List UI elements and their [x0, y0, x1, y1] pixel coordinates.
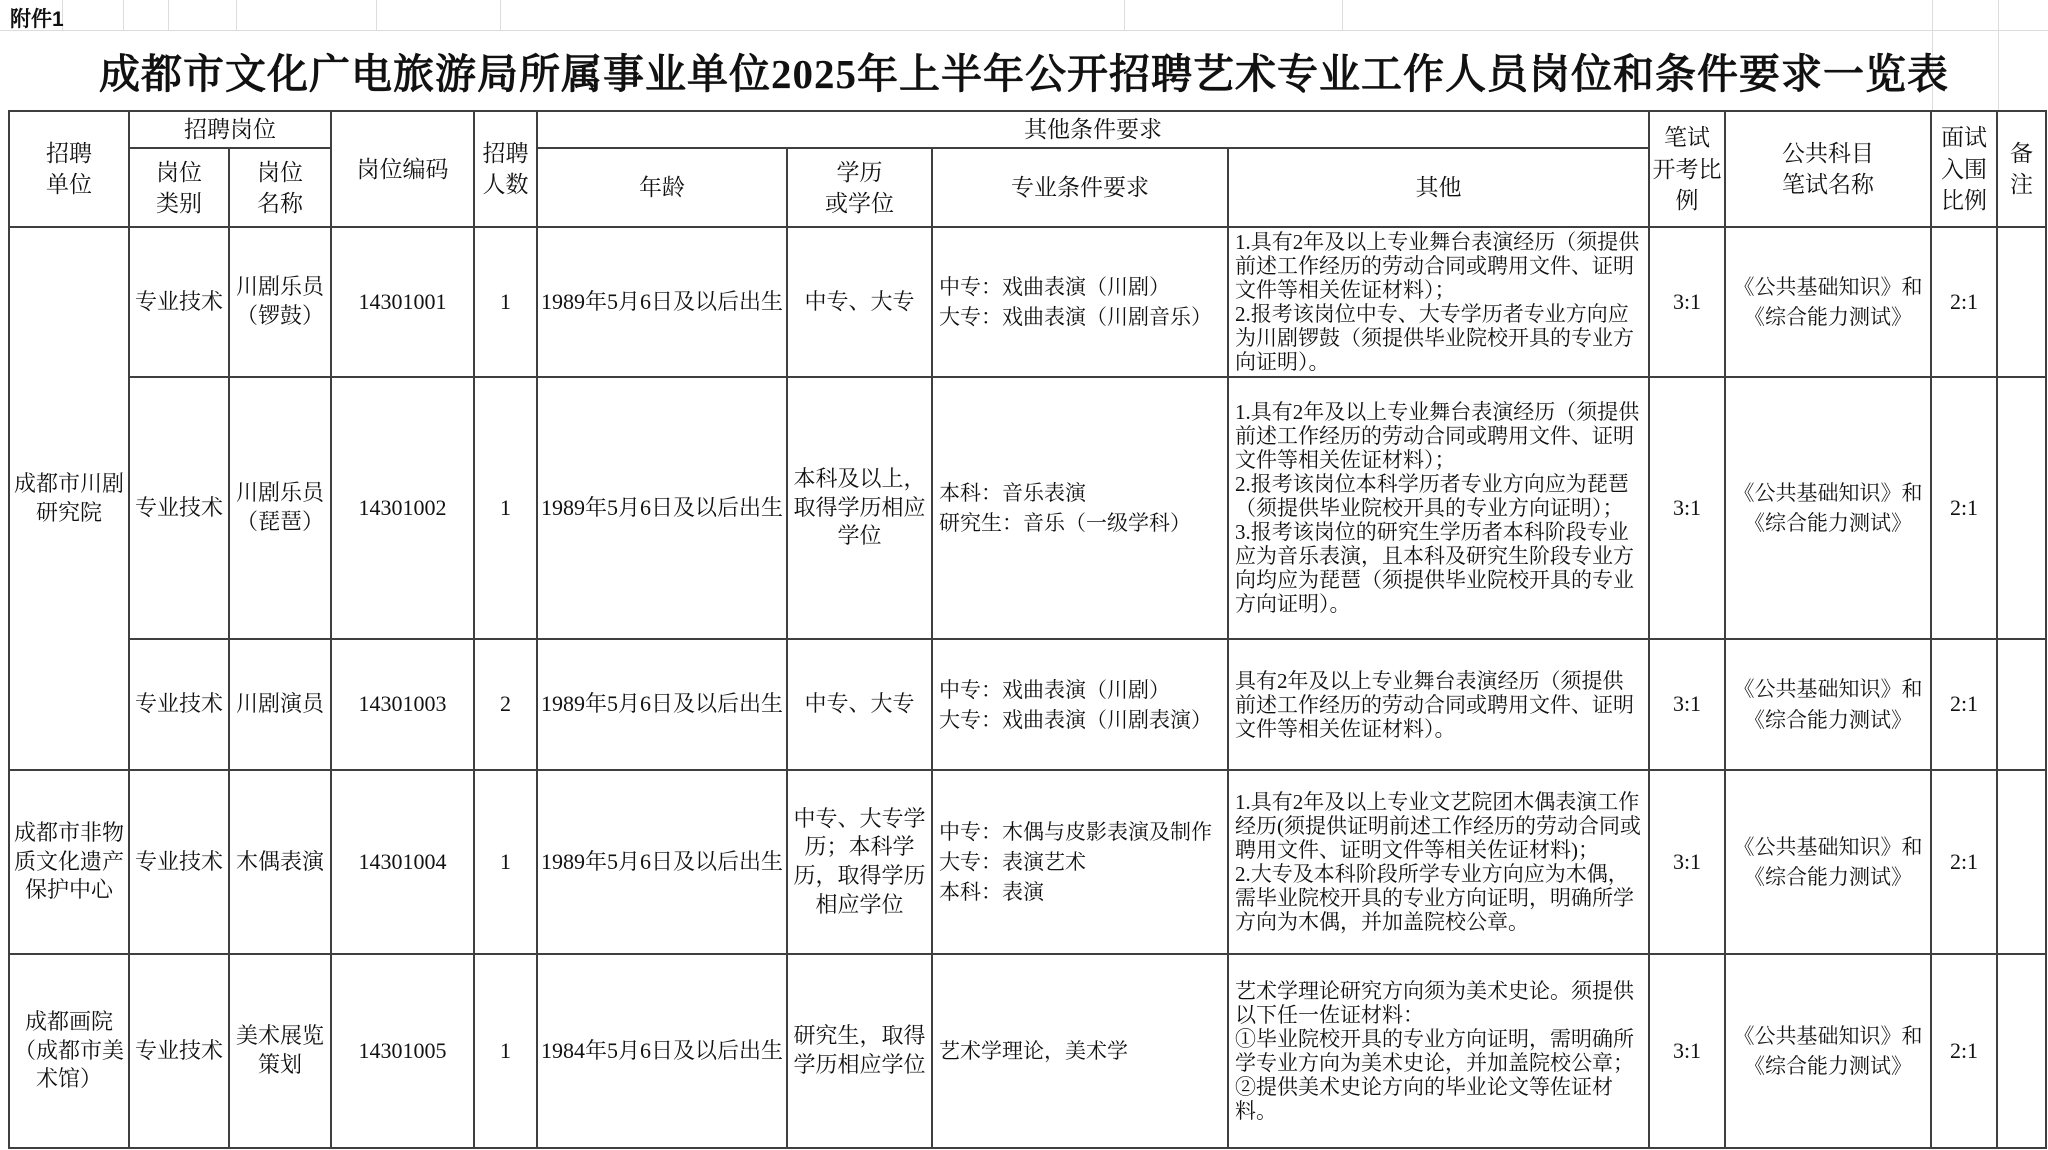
interview-ratio-cell: 2:1: [1931, 377, 1997, 639]
post-name-cell: 川剧乐员 （琵琶）: [229, 377, 331, 639]
remark-cell: [1997, 639, 2046, 770]
age-cell: 1989年5月6日及以后出生: [537, 227, 787, 377]
spreadsheet-gridline: [236, 0, 237, 30]
header-post-code: 岗位编码: [331, 111, 474, 227]
major-requirements-cell: 中专：戏曲表演（川剧） 大专：戏曲表演（川剧音乐）: [932, 227, 1228, 377]
age-cell: 1984年5月6日及以后出生: [537, 954, 787, 1148]
spreadsheet-gridline: [1342, 0, 1343, 30]
post-category-cell: 专业技术: [129, 377, 229, 639]
education-cell: 研究生，取得学历相应学位: [787, 954, 932, 1148]
written-exam-ratio-cell: 3:1: [1649, 954, 1725, 1148]
interview-ratio-cell: 2:1: [1931, 954, 1997, 1148]
recruitment-table: 招聘 单位 招聘岗位 岗位编码 招聘 人数 其他条件要求 笔试 开考比 例 公共…: [8, 110, 2047, 1149]
spreadsheet-gridline: [1124, 0, 1125, 30]
post-category-cell: 专业技术: [129, 770, 229, 954]
education-cell: 中专、大专: [787, 227, 932, 377]
table-row: 专业技术 川剧演员 14301003 2 1989年5月6日及以后出生 中专、大…: [9, 639, 2046, 770]
public-subject-cell: 《公共基础知识》和《综合能力测试》: [1725, 770, 1931, 954]
table-row: 成都市非物 质文化遗产 保护中心 专业技术 木偶表演 14301004 1 19…: [9, 770, 2046, 954]
spreadsheet-gridline: [168, 0, 169, 30]
written-exam-ratio-cell: 3:1: [1649, 377, 1725, 639]
spreadsheet-gridline: [123, 0, 124, 30]
header-post-name: 岗位 名称: [229, 148, 331, 227]
attachment-label: 附件1: [10, 3, 64, 33]
spreadsheet-gridline: [500, 0, 501, 30]
unit-cell: 成都市川剧 研究院: [9, 227, 129, 770]
interview-ratio-cell: 2:1: [1931, 770, 1997, 954]
header-other-requirements-group: 其他条件要求: [537, 111, 1649, 148]
document-page: 附件1 成都市文化广电旅游局所属事业单位2025年上半年公开招聘艺术专业工作人员…: [0, 0, 2048, 1150]
header-interview-ratio: 面试 入围 比例: [1931, 111, 1997, 227]
post-category-cell: 专业技术: [129, 639, 229, 770]
interview-ratio-cell: 2:1: [1931, 227, 1997, 377]
header-public-subject: 公共科目 笔试名称: [1725, 111, 1931, 227]
headcount-cell: 1: [474, 770, 537, 954]
header-major-requirements: 专业条件要求: [932, 148, 1228, 227]
remark-cell: [1997, 770, 2046, 954]
written-exam-ratio-cell: 3:1: [1649, 770, 1725, 954]
spreadsheet-gridline: [376, 0, 377, 30]
post-name-cell: 美术展览 策划: [229, 954, 331, 1148]
remark-cell: [1997, 954, 2046, 1148]
other-requirements-cell: 1.具有2年及以上专业舞台表演经历（须提供前述工作经历的劳动合同或聘用文件、证明…: [1228, 377, 1649, 639]
public-subject-cell: 《公共基础知识》和《综合能力测试》: [1725, 954, 1931, 1148]
header-post-group: 招聘岗位: [129, 111, 331, 148]
header-post-category: 岗位 类别: [129, 148, 229, 227]
written-exam-ratio-cell: 3:1: [1649, 639, 1725, 770]
interview-ratio-cell: 2:1: [1931, 639, 1997, 770]
education-cell: 中专、大专学历；本科学历，取得学历相应学位: [787, 770, 932, 954]
post-name-cell: 木偶表演: [229, 770, 331, 954]
other-requirements-cell: 1.具有2年及以上专业文艺院团木偶表演工作经历(须提供证明前述工作经历的劳动合同…: [1228, 770, 1649, 954]
public-subject-cell: 《公共基础知识》和《综合能力测试》: [1725, 639, 1931, 770]
major-requirements-cell: 中专：戏曲表演（川剧） 大专：戏曲表演（川剧表演）: [932, 639, 1228, 770]
post-category-cell: 专业技术: [129, 227, 229, 377]
public-subject-cell: 《公共基础知识》和《综合能力测试》: [1725, 377, 1931, 639]
remark-cell: [1997, 377, 2046, 639]
table-row: 成都市川剧 研究院 专业技术 川剧乐员 （锣鼓） 14301001 1 1989…: [9, 227, 2046, 377]
headcount-cell: 1: [474, 227, 537, 377]
post-name-cell: 川剧演员: [229, 639, 331, 770]
education-cell: 中专、大专: [787, 639, 932, 770]
age-cell: 1989年5月6日及以后出生: [537, 770, 787, 954]
major-requirements-cell: 本科：音乐表演 研究生：音乐（一级学科）: [932, 377, 1228, 639]
post-category-cell: 专业技术: [129, 954, 229, 1148]
age-cell: 1989年5月6日及以后出生: [537, 639, 787, 770]
headcount-cell: 1: [474, 954, 537, 1148]
post-code-cell: 14301005: [331, 954, 474, 1148]
header-age: 年龄: [537, 148, 787, 227]
header-headcount: 招聘 人数: [474, 111, 537, 227]
public-subject-cell: 《公共基础知识》和《综合能力测试》: [1725, 227, 1931, 377]
post-code-cell: 14301004: [331, 770, 474, 954]
header-written-exam-ratio: 笔试 开考比 例: [1649, 111, 1725, 227]
page-title: 成都市文化广电旅游局所属事业单位2025年上半年公开招聘艺术专业工作人员岗位和条…: [0, 30, 2048, 110]
headcount-cell: 1: [474, 377, 537, 639]
unit-cell: 成都画院 （成都市美 术馆）: [9, 954, 129, 1148]
header-education: 学历 或学位: [787, 148, 932, 227]
remark-cell: [1997, 227, 2046, 377]
post-name-cell: 川剧乐员 （锣鼓）: [229, 227, 331, 377]
table-row: 专业技术 川剧乐员 （琵琶） 14301002 1 1989年5月6日及以后出生…: [9, 377, 2046, 639]
other-requirements-cell: 艺术学理论研究方向须为美术史论。须提供以下任一佐证材料： ①毕业院校开具的专业方…: [1228, 954, 1649, 1148]
post-code-cell: 14301003: [331, 639, 474, 770]
table-row: 成都画院 （成都市美 术馆） 专业技术 美术展览 策划 14301005 1 1…: [9, 954, 2046, 1148]
post-code-cell: 14301002: [331, 377, 474, 639]
header-remark: 备 注: [1997, 111, 2046, 227]
header-unit: 招聘 单位: [9, 111, 129, 227]
unit-cell: 成都市非物 质文化遗产 保护中心: [9, 770, 129, 954]
headcount-cell: 2: [474, 639, 537, 770]
header-other: 其他: [1228, 148, 1649, 227]
age-cell: 1989年5月6日及以后出生: [537, 377, 787, 639]
post-code-cell: 14301001: [331, 227, 474, 377]
written-exam-ratio-cell: 3:1: [1649, 227, 1725, 377]
major-requirements-cell: 中专：木偶与皮影表演及制作 大专：表演艺术 本科：表演: [932, 770, 1228, 954]
major-requirements-cell: 艺术学理论，美术学: [932, 954, 1228, 1148]
other-requirements-cell: 具有2年及以上专业舞台表演经历（须提供前述工作经历的劳动合同或聘用文件、证明文件…: [1228, 639, 1649, 770]
education-cell: 本科及以上，取得学历相应学位: [787, 377, 932, 639]
other-requirements-cell: 1.具有2年及以上专业舞台表演经历（须提供前述工作经历的劳动合同或聘用文件、证明…: [1228, 227, 1649, 377]
header-row-1: 招聘 单位 招聘岗位 岗位编码 招聘 人数 其他条件要求 笔试 开考比 例 公共…: [9, 111, 2046, 148]
